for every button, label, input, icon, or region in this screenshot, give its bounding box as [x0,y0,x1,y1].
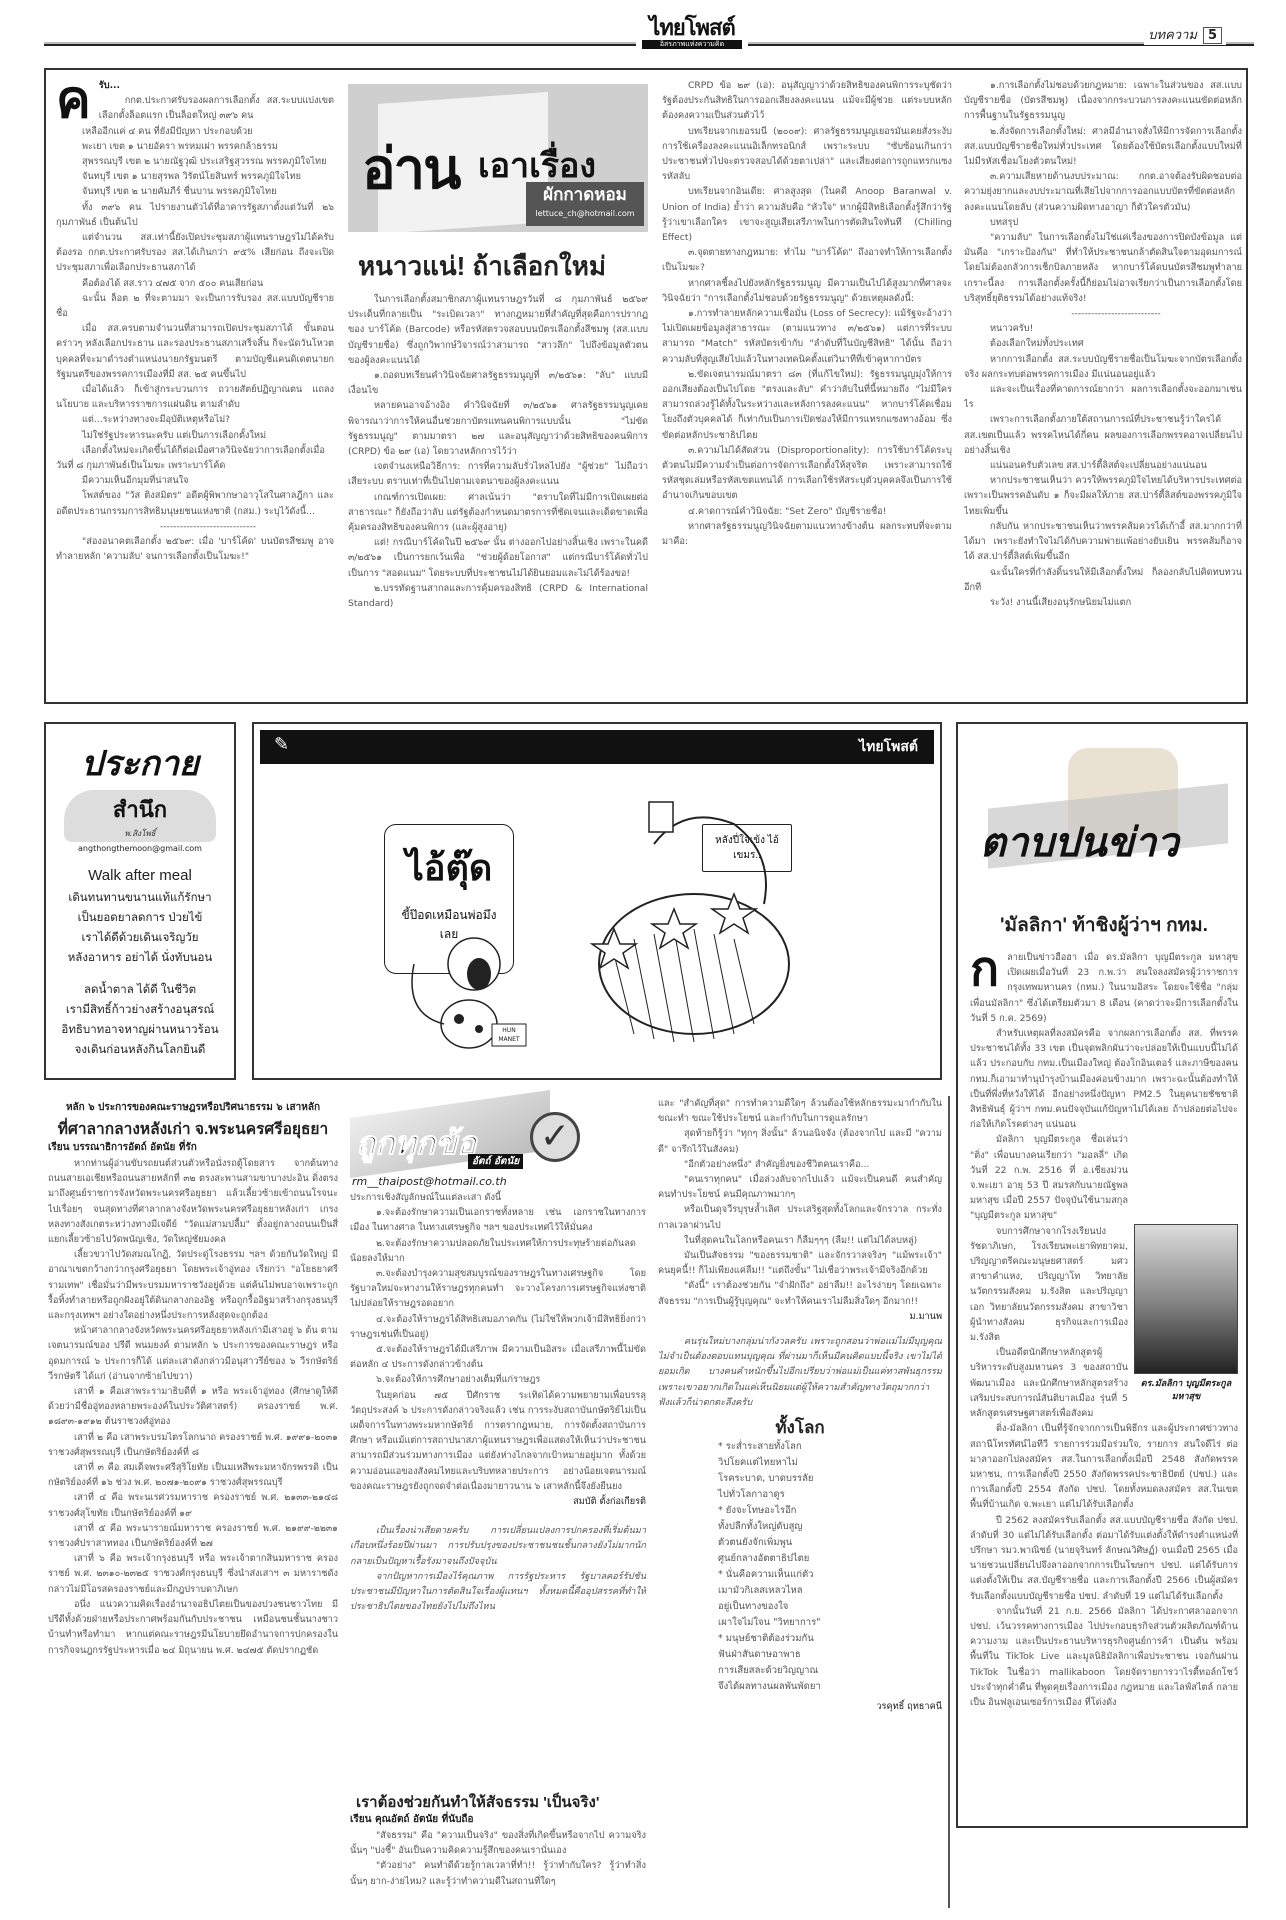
checkmark-icon: ✓ [530,1112,580,1162]
paragraph: กกต.ประกาศรับรองผลการเลือกตั้ง สส.ระบบแบ… [56,93,334,123]
paragraph: เกณฑ์การเปิดเผย: ศาลเน้นว่า "ตราบใดที่ไม… [348,490,648,536]
poem-line: เมามัวกิเลสเหลวไหล [718,1583,942,1599]
paragraph: บทเรียนจากเยอรมนี (๒๐๐๙): ศาลรัฐธรรมนูญเ… [662,124,952,185]
paragraph: หากศาลรัฐธรรมนูญวินิจฉัยตามแนวทางข้างต้น… [662,519,952,549]
paragraph: กลับกัน หากประชาชนเห็นว่าพรรคส้มควรได้เก… [964,519,1242,565]
paragraph: โพสต์ของ "วัส ติงสมิตร" อดีตผู้พิพากษาอา… [56,488,334,518]
section-name: บทความ [1148,28,1197,43]
paragraph: สุดท้ายก็รู้ว่า "ทุกๆ สิ่งนั้น" ล้วนอนิจ… [658,1126,942,1156]
column-banner-image: อ่าน เอาเรื่อง ผักกาดหอม lettuce_ch@hotm… [348,84,648,232]
poem-line: ศูนย์กลางอัตตาธิปไตย [718,1551,942,1567]
poem-line: * มนุษย์ชาติต้องร่วมกัน [718,1631,942,1647]
top-story-frame: ค รับ... กกต.ประกาศรับรองผลการเลือกตั้ง … [44,68,1248,704]
poem-line: อิทธิบาทอาจหาญผ่านหนาวร้อน [46,1020,234,1040]
paragraph: แน่นอนครับตัวเลข สส.ปาร์ตี้ลิสต์จะเปลี่ย… [964,458,1242,473]
paragraph: "ส่องอนาคตเลือกตั้ง ๒๕๖๙: เมื่อ 'บาร์โค้… [56,534,334,564]
paragraph: เสาที่ ๒ คือ เสาพระบรมไตรโลกนาถ ครองราชย… [48,1430,338,1460]
newspaper-logo: ไทยโพสต์ อิสรภาพแห่งความคิด [636,16,748,49]
author-box: ผักกาดหอม lettuce_ch@hotmail.com [526,182,644,226]
poem-line: จงเดินก่อนหลังกินโลกยินดี [46,1040,234,1060]
letters-right-rule [948,1096,950,1908]
poem-line: โรคระบาด, บาดบรรลัย [718,1471,942,1487]
paragraph: ๑.การทำลายหลักความเชื่อมั่น (Loss of Sec… [662,306,952,367]
poem-logo: ประกาย สำนึก พ.สิงโพธิ์ angthongthemoon@… [46,736,234,853]
side-story-logo: ตาบปนข่าว [968,734,1240,884]
paragraph: สำหรับเหตุผลที่ลงสมัครคือ จากผลการเลือกต… [970,1026,1238,1132]
top-story-column-3: CRPD ข้อ ๒๙ (เอ): อนุสัญญาว่าด้วยสิทธิขอ… [662,78,952,698]
speech-small-text: ขี้ป๊อดเหมือนพ่อมึงเลย [399,906,499,944]
paragraph: ๖.จะต้องให้การศึกษาอย่างเต็มที่แก่ราษฎร [350,1372,646,1387]
paragraph: ๒.จะต้องรักษาความปลอดภัยในประเทศให้การปร… [350,1236,646,1266]
letters-email: rm__thaipost@hotmail.co.th [352,1175,507,1188]
paragraph: ในยุคก่อน ๗๕ ปีศักราช ระเทิดได้ความพยายา… [350,1388,646,1494]
paragraph: "สัจธรรม" คือ "ความเป็นจริง" ของสิ่งที่เ… [350,1828,646,1858]
mascot-icon: ✎ [274,734,289,755]
paragraph: แต่! กรณีบาร์โค้ดในปี ๒๕๖๙ นั้น ต่างออกไ… [348,535,648,581]
poem-email: angthongthemoon@gmail.com [46,844,234,853]
poem-line: ฟันฝ่าสันดาษอาพาธ [718,1647,942,1663]
letters-logo-title: ถูกทุกข้อ [356,1118,476,1169]
paragraph: หลายคนอาจอ้างอิง คำวินิจฉัยที่ ๓/๒๕๖๑ ศา… [348,398,648,459]
letters-headline: ที่ศาลากลางหลังเก่า จ.พระนครศรีอยุธยา [48,1116,338,1141]
author-name: ผักกาดหอม [526,182,644,208]
poem-title: Walk after meal [46,867,234,884]
poem-line: * ยังจะโทษอะไรอีก [718,1503,942,1519]
side-story-frame: ตาบปนข่าว 'มัลลิกา' ท้าชิงผู้ว่าฯ กทม. ก… [956,722,1248,1828]
letters-column-2: ประการเชิงสัญลักษณ์ในแต่ละเสา ดังนี้ ๑.จ… [350,1190,646,1730]
paragraph: "ตัวอย่าง" คนทำดีด้วยรู้กาลเวลาที่ทำ!! ร… [350,1858,646,1888]
logo-tagline: อิสรภาพแห่งความคิด [642,40,742,49]
paragraph: เลือกตั้งใหม่จะเกิดขึ้นได้ก็ต่อเมื่อศาลว… [56,443,334,473]
paragraph: พะเยา เขต ๑ นายอัครา พรหมเผ่า พรรคกล้าธร… [56,139,334,154]
paragraph: "ดังนี้" เราต้องช่วยกัน "จำฝักถึง" อย่าล… [658,1278,942,1308]
top-story-column-1: ค รับ... กกต.ประกาศรับรองผลการเลือกตั้ง … [56,78,334,698]
portrait-photo [1134,1224,1238,1374]
author-email: lettuce_ch@hotmail.com [526,208,644,220]
paragraph: "คนเราทุกคน" เมื่อล่วงลับจากไปแล้ว แม้จะ… [658,1172,942,1202]
top-story-column-2: ในการเลือกตั้งสมาชิกสภาผู้แทนราษฎรวันที่… [348,292,648,698]
editor-reply: จากปัญหาการเมืองไร้คุณภาพ การรัฐประหาร ร… [350,1569,646,1615]
dropcap: ค [56,78,91,122]
side-dropcap: ก [970,950,999,990]
paragraph: คือต้องได้ สส.ราว ๔๗๕ จาก ๕๐๐ คนเสียก่อน [56,276,334,291]
paragraph: ๔.คาดการณ์คำวินิจฉัย: "Set Zero" บัญชีรา… [662,504,952,519]
paragraph: จันทบุรี เขต ๒ นายคัมภีร์ ชื่นบาน พรรคภู… [56,184,334,199]
speech-bubble-right: หลังปี่ใจเข้ง ไอ้เขมร.. [702,824,792,872]
paragraph: เสาที่ ๕ คือ พระนารายณ์มหาราช ครองราชย์ … [48,1521,338,1551]
banner-title-big: อ่าน [362,124,459,213]
paragraph: เสาที่ ๖ คือ พระเจ้ากรุงธนบุรี หรือ พระเ… [48,1551,338,1597]
paragraph: ๓.จะต้องบำรุงความสุขสมบูรณ์ของราษฎรในทาง… [350,1266,646,1312]
poem-line: ตัวตนยังจักเพิ่มพูน [718,1535,942,1551]
paragraph: ๔.จะต้องให้ราษฎรได้สิทธิเสมอภาคกัน (ไม่ใ… [350,1312,646,1342]
letters-column-3: และ "สำคัญที่สุด" การทำความดีใดๆ ล้วนต้อ… [658,1096,942,1916]
poem-line: ไปทั่วโลกาอาดูร [718,1487,942,1503]
paragraph: มัลลิกา บุญมีตระกูล ชื่อเล่นว่า "ติ่ง" เ… [970,1132,1128,1223]
paragraph: หากการเลือกตั้ง สส.ระบบบัญชีรายชื่อเป็นโ… [964,352,1242,382]
paragraph: ในการเลือกตั้งสมาชิกสภาผู้แทนราษฎรวันที่… [348,292,648,368]
letter-signature: ม.มานพ [658,1309,942,1324]
world-poem: * ระส่ำระสายทั้งโลก วิปโยคแต่ไทยหาไม่ โร… [718,1439,942,1695]
section-label: บทความ5 [1144,24,1226,45]
paragraph: และจะเป็นเรื่องที่คาดการณ์ยากว่า ผลการเล… [964,382,1242,412]
top-story-column-4: ๑.การเลือกตั้งไม่ชอบด้วยกฎหมาย: เฉพาะในส… [964,78,1242,698]
paragraph: ๓.จุดตายทางกฎหมาย: ทำไม "บาร์โค้ด" ถึงอา… [662,245,952,275]
paragraph: หากศาลชี้ลงไปยังหลักรัฐธรรมนูญ มีความเป็… [662,276,952,306]
poem-logo-banner: สำนึก พ.สิงโพธิ์ [64,790,216,842]
paragraph: ๒.บรรทัดฐานสากลและการคุ้มครองสิทธิ (CRPD… [348,581,648,611]
photo-block: ดร.มัลลิกา บุญมีตระกูล มหาสุข [1134,1224,1238,1404]
paragraph: CRPD ข้อ ๒๙ (เอ): อนุสัญญาว่าด้วยสิทธิขอ… [662,78,952,124]
paragraph: และ "สำคัญที่สุด" การทำความดีใดๆ ล้วนต้อ… [658,1096,942,1126]
paragraph: เมื่อได้แล้ว ก็เข้าสู่กระบวนการ ถวายสัตย… [56,382,334,412]
letters-column-2b: "สัจธรรม" คือ "ความเป็นจริง" ของสิ่งที่เ… [350,1828,646,1920]
paragraph: หรือเป็นดุจวีรบุรุษล้ำเลิศ ประเสริฐสุดทั… [658,1202,942,1232]
paragraph: เพราะการเลือกตั้งภายใต้สถานการณ์ที่ประชา… [964,412,1242,458]
paragraph: ระวัง! งานนี้เสียงอนุรักษนิยมไม่แตก [964,595,1242,610]
page-number: 5 [1203,27,1222,44]
paragraph: หน้าศาลากลางจังหวัดพระนครศรีอยุธยาหลังเก… [48,1323,338,1384]
letters-logo: ถูกทุกข้อ อัตถ์ อัตนัย ✓ [350,1096,630,1174]
cartoon-frame: ✎ ไทยโพสต์ ไอ้ตุ๊ด ขี้ป๊อดเหมือนพ่อมึงเล… [252,722,942,1080]
paragraph: เมื่อ สส.ครบตามจำนวนที่สามารถเปิดประชุมส… [56,321,334,382]
masthead: ไทยโพสต์ อิสรภาพแห่งความคิด บทความ5 [44,0,1254,56]
paragraph: แต่จำนวน สส.เท่านี้ยังเปิดประชุมสภาผู้แท… [56,230,334,276]
poem-line: อยู่เป็นทางของใจ [718,1599,942,1615]
poem-logo-subtitle: สำนึก [64,792,216,827]
poem-line: วิปโยคแต่ไทยหาไม่ [718,1455,942,1471]
poem-line: * นั่นคือความเห็นแก่ตัว [718,1567,942,1583]
paragraph: ๕.จะต้องให้ราษฎรได้มีเสรีภาพ มีความเป็นอ… [350,1342,646,1372]
poem-stanza-1: เดินทนทานขนานแท้แก้รักษา เป็นยอดยาลดการ … [46,888,234,968]
speech-big-text: ไอ้ตุ๊ด [385,839,513,896]
poem-line: เผาใจไม่ใจน "วิทยาการ" [718,1615,942,1631]
paragraph: ในที่สุดคนในโลกหรือคนเรา ก็ลืมๆๆๆ (ลืม!!… [658,1233,942,1248]
editor-reply: คนรุ่นใหม่บางกลุ่มน่ากังวลครับ เพราะถูกส… [658,1334,942,1410]
paragraph: ไม่ใช่รัฐประหารนะครับ แต่เป็นการเลือกตั้… [56,428,334,443]
paragraph: เจตจำนงเหนือวิธีการ: การที่ความลับรั่วไห… [348,459,648,489]
paragraph: "อีกตัวอย่างหนึ่ง" สำคัญยิ่งของชีวิตคนเร… [658,1157,942,1172]
paragraph: ลายเป็นข่าวฮือฮา เมื่อ ดร.มัลลิกา บุญมีต… [970,950,1238,1026]
world-poem-title: ทั้งโลก [658,1420,942,1435]
poem-column-frame: ประกาย สำนึก พ.สิงโพธิ์ angthongthemoon@… [44,722,236,1080]
paragraph: มันเป็นสัจธรรม "ของธรรมชาติ" และจักรวาลจ… [658,1248,942,1278]
poem-line: หลังอาหาร อย่าได้ นั่งทับนอน [46,948,234,968]
paragraph: หนาวครับ! [964,321,1242,336]
letters-salutation: เรียน บรรณาธิการอัตถ์ อัตนัย ที่รัก [48,1140,197,1155]
letters-salutation-2: เรียน คุณอัตถ์ อัตนัย ที่นับถือ [350,1812,473,1827]
letters-headline-2: เราต้องช่วยกันทำให้สัจธรรม 'เป็นจริง' [356,1790,599,1814]
cartoon-illustration [254,724,944,1082]
side-headline: 'มัลลิกา' ท้าชิงผู้ว่าฯ กทม. [968,910,1240,940]
paragraph: เสาที่ ๑ คือเสาพระรามาธิบดีที่ ๑ หรือ พร… [48,1384,338,1430]
paragraph: สุพรรณบุรี เขต ๒ นายณัฐวุฒิ ประเสริฐสุวร… [56,154,334,169]
poem-logo-author: พ.สิงโพธิ์ [64,827,216,840]
hun-manet-sign: HUN MANET [494,1026,524,1044]
paragraph: ๑.การเลือกตั้งไม่ชอบด้วยกฎหมาย: เฉพาะในส… [964,78,1242,124]
editor-reply: เป็นเรื่องน่าเสียดายครับ การเปลี่ยนแปลงก… [350,1523,646,1569]
paragraph: ประการเชิงสัญลักษณ์ในแต่ละเสา ดังนี้ [350,1190,646,1205]
side-story-body: ก ลายเป็นข่าวฮือฮา เมื่อ ดร.มัลลิกา บุญม… [970,950,1238,1820]
paragraph: แต่...ระหว่างทางจะมีอุบัติเหตุหรือไม่? [56,412,334,427]
letter-signature: สมบัติ ตั้งก่อเกียรติ [350,1494,646,1509]
side-logo-title: ตาบปนข่าว [980,810,1179,874]
poem-stanza-2: ลดน้ำตาล ได้ดี ในชีวิต เรามีสิทธิ์ก้าวย่… [46,980,234,1060]
divider: ----------------------------- [56,519,334,534]
paragraph: "ความลับ" ในการเลือกตั้งไม่ใช่แค่เรื่องข… [964,230,1242,306]
paragraph: เสาที่ ๓ คือ สมเด็จพระศรีสุริโยทัย เป็นม… [48,1460,338,1490]
poem-line: เดินทนทานขนานแท้แก้รักษา [46,888,234,908]
paragraph: อนึ่ง แนวความคิดเรื่องอำนาจอธิปไตยเป็นขอ… [48,1597,338,1658]
poem-author: วรคุทธิ์ ฤทธาคนี [658,1699,942,1714]
paragraph: มีความเห็นอีกมุมที่น่าสนใจ [56,473,334,488]
paragraph: ๑.จะต้องรักษาความเป็นเอกราชทั้งหลาย เช่น… [350,1205,646,1235]
headline: หนาวแน่! ถ้าเลือกใหม่ [358,246,606,287]
cartoon-brand: ไทยโพสต์ [859,736,918,758]
poem-line: เป็นยอดยาลดการ ป่วยไข้ [46,908,234,928]
speech-right-text: หลังปี่ใจเข้ง ไอ้เขมร.. [715,835,779,861]
logo-text: ไทยโพสต์ [636,16,748,40]
paragraph: บทสรุป [964,215,1242,230]
letters-column-1: หากท่านผู้อ่านขับรถยนต์ส่วนตัวหรือนั่งรถ… [48,1156,338,1920]
paragraph: หากประชาชนเห็นว่า ควรให้พรรคภูมิใจไทยได้… [964,473,1242,519]
paragraph: จากนั้นวันที่ 21 ก.ย. 2566 มัลลิกา ได้ปร… [970,1604,1238,1710]
paragraph: ๓.ความเสียหายด้านงบประมาณ: กกต.อาจต้องรั… [964,169,1242,215]
paragraph: ๒.สั่งจัดการเลือกตั้งใหม่: ศาลมีอำนาจสั่… [964,124,1242,170]
letters-logo-author: อัตถ์ อัตนัย [468,1154,523,1169]
poem-line: * ระส่ำระสายทั้งโลก [718,1439,942,1455]
poem-line: เราได้ดีด้วยเดินเจริญวัย [46,928,234,948]
paragraph: เหลืออีกแค่ ๔ คน ที่ยังมีปัญหา ประกอบด้ว… [56,124,334,139]
poem-line: ทั้งปลีกทั้งใหญ่ดับสูญ [718,1519,942,1535]
poem-line: ลดน้ำตาล ได้ดี ในชีวิต [46,980,234,1000]
poem-logo-title: ประกาย [46,736,234,790]
paragraph: ๒.ขัดเจตนารมณ์มาตรา ๘๓ (ที่แก้ไขใหม่): ร… [662,367,952,443]
letters-kicker: หลัก ๖ ประการของคณะราษฎรหรือปริศนาธรรม ๖… [48,1100,338,1115]
paragraph: หากท่านผู้อ่านขับรถยนต์ส่วนตัวหรือนั่งรถ… [48,1156,338,1247]
paragraph: จันทบุรี เขต ๑ นายสุรพล วิรัตน์โยสินทร์ … [56,169,334,184]
speech-bubble-left: ไอ้ตุ๊ด ขี้ป๊อดเหมือนพ่อมึงเลย [384,824,514,974]
photo-caption: ดร.มัลลิกา บุญมีตระกูล มหาสุข [1134,1378,1238,1404]
poem-line: เรามีสิทธิ์ก้าวย่างสร้างอนุสรณ์ [46,1000,234,1020]
paragraph: ๓.ความไม่ได้สัดส่วน (Disproportionality)… [662,443,952,504]
paragraph: เลี้ยวขวาไปวัดสมณโกฏิ, วัดประดู่โรงธรรม … [48,1247,338,1323]
cartoon-header-bar: ✎ ไทยโพสต์ [260,730,934,764]
paragraph: ต้องเลือกใหม่ทั้งประเทศ [964,336,1242,351]
paragraph: ฉะนั้น ล็อต ๒ ที่จะตามมา จะเป็นการรับรอง… [56,291,334,321]
poem-line: การเสียสละด้วยวิญญาณ [718,1663,942,1679]
paragraph: รับ... [56,78,334,93]
paragraph: ทั้ง ๓๙๖ คน ไปรายงานตัวได้ที่อาคารรัฐสภา… [56,200,334,230]
paragraph: ๑.ถอดบทเรียนคำวินิจฉัยศาลรัฐธรรมนูญที่ ๓… [348,368,648,398]
paragraph: ปี 2562 ลงสมัครรับเลือกตั้ง สส.แบบบัญชีร… [970,1513,1238,1604]
divider: --------------------------- [964,306,1242,321]
paragraph: บทเรียนจากอินเดีย: ศาลสูงสุด (ในคดี Anoo… [662,184,952,245]
poem-line: จึงได้ผลทางนผลพันพัดยา [718,1679,942,1695]
paragraph: ติ่ง-มัลลิกา เป็นที่รู้จักจากการเป็นพิธี… [970,1421,1238,1512]
paragraph: ฉะนั้นใครที่กำลังดิ้นรนให้มีเลือกตั้งใหม… [964,565,1242,595]
paragraph: เสาที่ ๔ คือ พระนเรศวรมหาราช ครองราชย์ พ… [48,1490,338,1520]
